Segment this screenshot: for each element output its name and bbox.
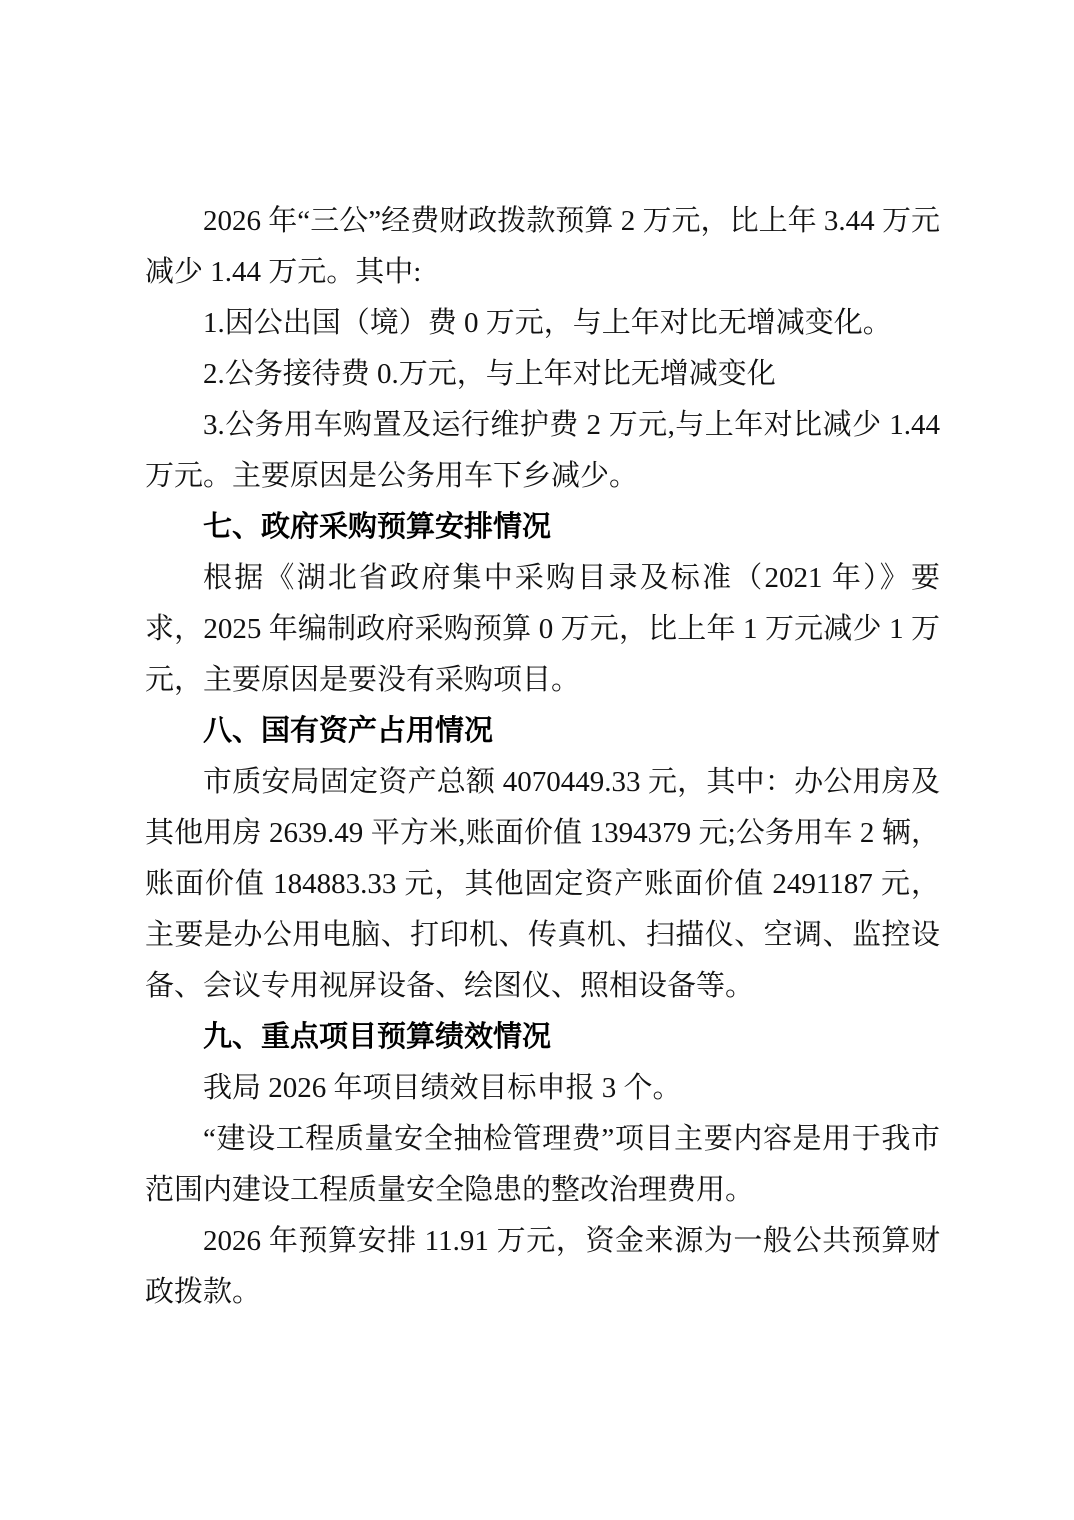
- paragraph-project-budget: 2026 年预算安排 11.91 万元，资金来源为一般公共预算财政拨款。: [145, 1216, 940, 1318]
- section-heading-7-procurement: 七、政府采购预算安排情况: [145, 502, 940, 553]
- paragraph-assets-detail: 市质安局固定资产总额 4070449.33 元，其中：办公用房及其他用房 263…: [145, 757, 940, 1012]
- paragraph-item-2-reception: 2.公务接待费 0.万元，与上年对比无增减变化: [145, 349, 940, 400]
- section-heading-9-performance: 九、重点项目预算绩效情况: [145, 1012, 940, 1063]
- paragraph-sangong-summary: 2026 年“三公”经费财政拨款预算 2 万元，比上年 3.44 万元减少 1.…: [145, 196, 940, 298]
- paragraph-item-1-abroad: 1.因公出国（境）费 0 万元，与上年对比无增减变化。: [145, 298, 940, 349]
- paragraph-performance-count: 我局 2026 年项目绩效目标申报 3 个。: [145, 1063, 940, 1114]
- document-page: 2026 年“三公”经费财政拨款预算 2 万元，比上年 3.44 万元减少 1.…: [0, 0, 1074, 1520]
- paragraph-procurement-detail: 根据《湖北省政府集中采购目录及标准（2021 年）》要求，2025 年编制政府采…: [145, 553, 940, 706]
- paragraph-project-description: “建设工程质量安全抽检管理费”项目主要内容是用于我市范围内建设工程质量安全隐患的…: [145, 1114, 940, 1216]
- paragraph-item-3-vehicle: 3.公务用车购置及运行维护费 2 万元,与上年对比减少 1.44 万元。主要原因…: [145, 400, 940, 502]
- section-heading-8-state-assets: 八、国有资产占用情况: [145, 706, 940, 757]
